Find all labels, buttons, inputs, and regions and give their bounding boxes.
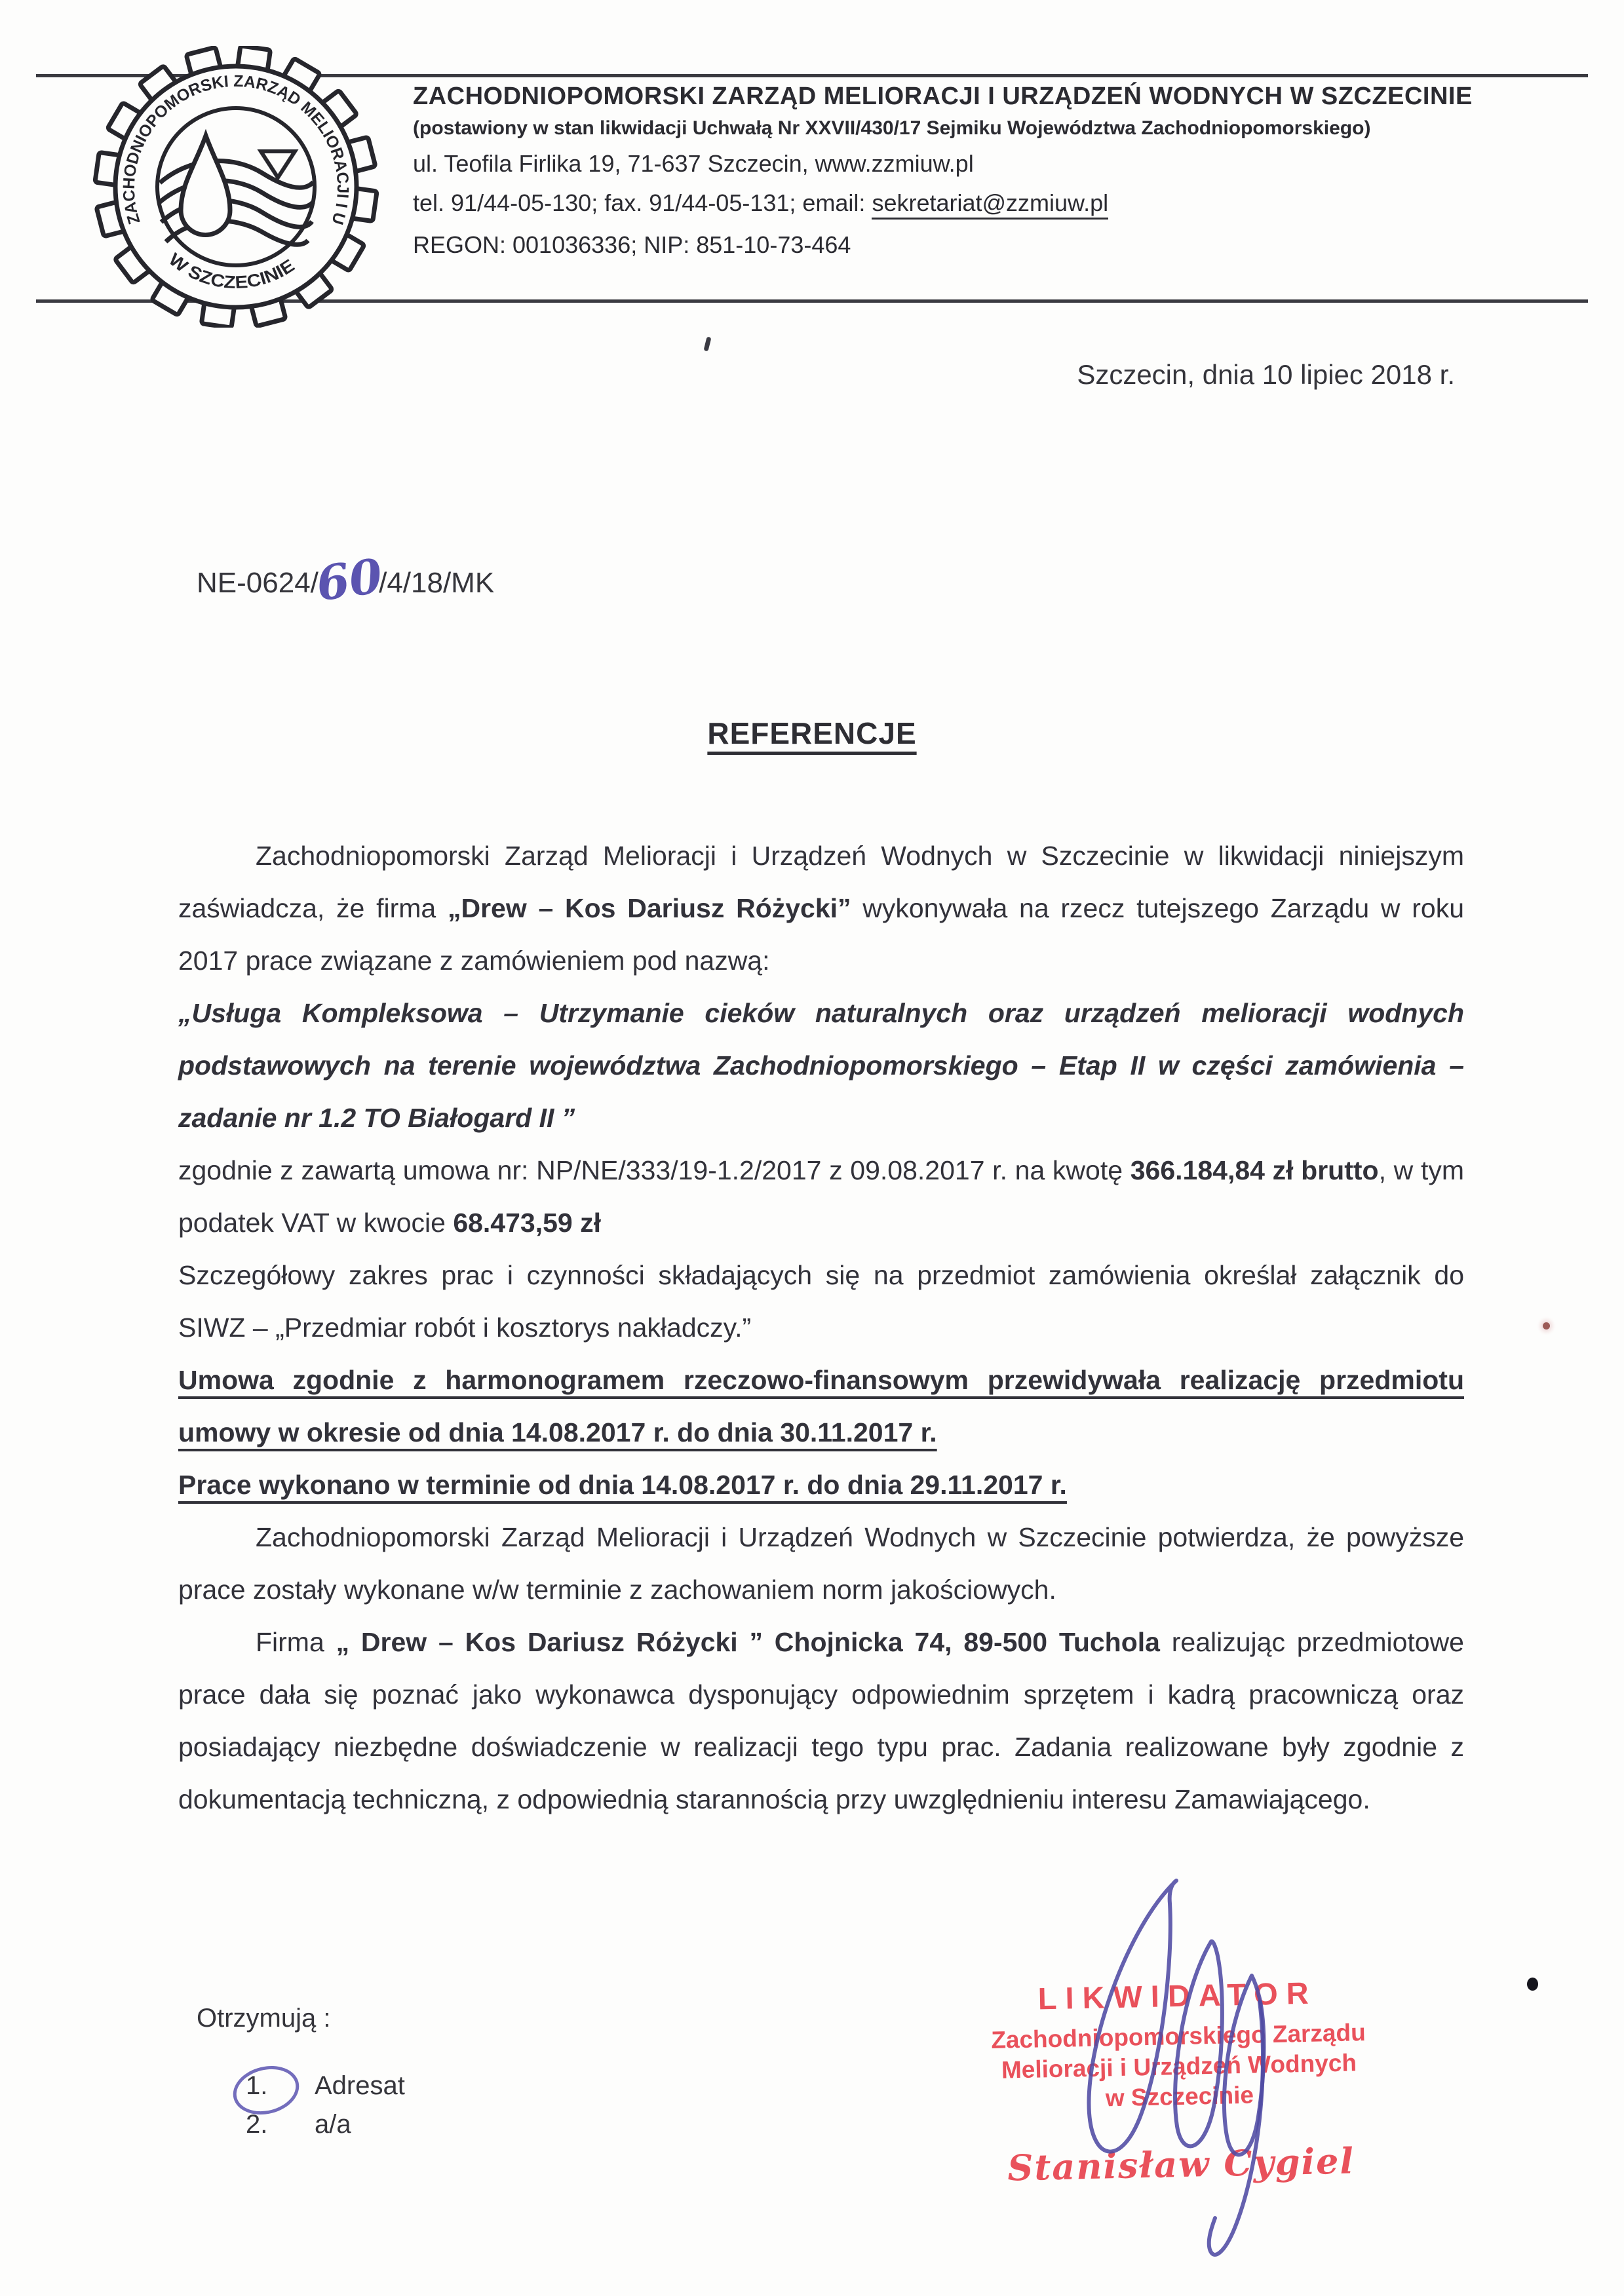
- org-registry-numbers: REGON: 001036336; NIP: 851-10-73-464: [413, 231, 1475, 259]
- paragraph-schedule-actual: Prace wykonano w terminie od dnia 14.08.…: [178, 1459, 1464, 1511]
- list-item-label: Adresat: [315, 2071, 405, 2101]
- org-email: sekretariat@zzmiuw.pl: [872, 189, 1108, 220]
- list-item: 2. a/a: [246, 2110, 405, 2139]
- paragraph-certification: Zachodniopomorski Zarząd Melioracji i Ur…: [178, 830, 1464, 987]
- organization-logo-water-gear-icon: ZACHODNIOPOMORSKI ZARZĄD MELIORACJI I UR…: [90, 46, 381, 328]
- paragraph-contract-details: zgodnie z zawartą umowa nr: NP/NE/333/19…: [178, 1144, 1464, 1249]
- dateline: Szczecin, dnia 10 lipiec 2018 r.: [786, 359, 1455, 391]
- org-name: ZACHODNIOPOMORSKI ZARZĄD MELIORACJI I UR…: [413, 83, 1475, 111]
- contract-gross-amount: 366.184,84 zł brutto: [1131, 1155, 1379, 1185]
- letterhead: ZACHODNIOPOMORSKI ZARZĄD MELIORACJI I UR…: [413, 83, 1475, 259]
- paragraph-schedule-planned: Umowa zgodnie z harmonogramem rzeczowo-f…: [178, 1354, 1464, 1459]
- org-address: ul. Teofila Firlika 19, 71-637 Szczecin,…: [413, 150, 1475, 178]
- scan-artifact-dot: [1527, 1978, 1538, 1991]
- reference-number: NE-0624/60/4/18/MK: [197, 548, 494, 603]
- contractor-name-address: „ Drew – Kos Dariusz Różycki ” Chojnicka…: [336, 1627, 1160, 1657]
- reference-number-suffix: /4/18/MK: [379, 567, 494, 599]
- distribution-list: Otrzymują : 1. Adresat 2. a/a: [197, 2004, 405, 2149]
- org-contact: tel. 91/44-05-130; fax. 91/44-05-131; em…: [413, 189, 1475, 217]
- paragraph-contract-title: „Usługa Kompleksowa – Utrzymanie cieków …: [178, 987, 1464, 1144]
- page-title: REFERENCJE: [0, 716, 1624, 751]
- paragraph-text: zgodnie z zawartą umowa nr: NP/NE/333/19…: [178, 1155, 1131, 1185]
- scan-artifact-mark: [703, 336, 711, 351]
- paragraph-confirmation: Zachodniopomorski Zarząd Melioracji i Ur…: [178, 1511, 1464, 1616]
- scan-artifact-dot: [1543, 1322, 1550, 1330]
- list-item-label: a/a: [315, 2110, 351, 2139]
- scanned-reference-letter: ZACHODNIOPOMORSKI ZARZĄD MELIORACJI I UR…: [0, 0, 1624, 2296]
- handwritten-number: 60: [313, 547, 385, 611]
- org-phone-fax: tel. 91/44-05-130; fax. 91/44-05-131; em…: [413, 189, 872, 216]
- letter-body: Zachodniopomorski Zarząd Melioracji i Ur…: [178, 830, 1464, 1826]
- handwritten-signature: [1049, 1864, 1344, 2284]
- paragraph-scope: Szczegółowy zakres prac i czynności skła…: [178, 1249, 1464, 1354]
- org-liquidation-note: (postawiony w stan likwidacji Uchwałą Nr…: [413, 117, 1475, 140]
- contract-vat-amount: 68.473,59 zł: [453, 1208, 601, 1238]
- paragraph-text: Firma: [256, 1627, 336, 1657]
- contractor-name: „Drew – Kos Dariusz Różycki”: [448, 893, 851, 923]
- distribution-heading: Otrzymują :: [197, 2004, 405, 2033]
- paragraph-recommendation: Firma „ Drew – Kos Dariusz Różycki ” Cho…: [178, 1616, 1464, 1826]
- reference-number-prefix: NE-0624/: [197, 567, 319, 599]
